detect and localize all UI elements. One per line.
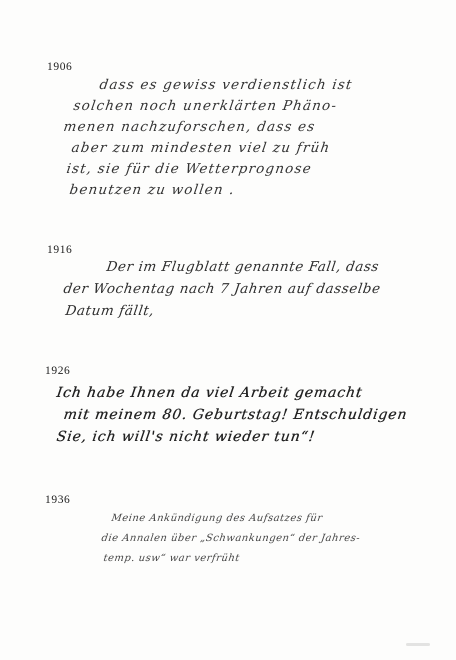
handwriting-line: der Wochentag nach 7 Jahren auf dasselbe [62,278,382,300]
handwriting-line: menen nachzuforschen, dass es [62,117,354,138]
handwriting-sample-1916: Der im Flugblatt genannte Fall, dass der… [62,256,379,322]
handwriting-line: benutzen zu wollen . [62,180,354,201]
handwriting-sample-1906: dass es gewiss verdienstlich ist solchen… [62,75,351,201]
handwriting-line: dass es gewiss verdienstlich ist [62,75,354,96]
handwriting-line: aber zum mindesten viel zu früh [62,138,354,159]
handwriting-line: Sie, ich will's nicht wieder tun“! [52,426,409,448]
handwriting-line: mit meinem 80. Geburtstag! Entschuldigen [52,404,409,426]
year-label-1926: 1926 [45,365,70,377]
scan-artifact-smudge [406,643,430,646]
handwriting-line: Ich habe Ihnen da viel Arbeit gemacht [52,382,409,404]
year-label-1936: 1936 [45,494,70,506]
scanned-document-page: 1906 dass es gewiss verdienstlich ist so… [0,0,456,660]
handwriting-sample-1936: Meine Ankündigung des Aufsatzes für die … [100,509,359,569]
handwriting-sample-1926: Ich habe Ihnen da viel Arbeit gemacht mi… [52,382,406,448]
handwriting-line: Datum fällt, [62,300,382,322]
year-label-1906: 1906 [47,61,72,73]
handwriting-line: temp. usw“ war verfrüht [100,549,361,569]
handwriting-line: die Annalen über „Schwankungen“ der Jahr… [100,529,361,549]
handwriting-line: Der im Flugblatt genannte Fall, dass [62,256,382,278]
handwriting-line: solchen noch unerklärten Phäno- [62,96,354,117]
year-label-1916: 1916 [47,244,72,256]
handwriting-line: ist, sie für die Wetterprognose [62,159,354,180]
handwriting-line: Meine Ankündigung des Aufsatzes für [100,509,361,529]
